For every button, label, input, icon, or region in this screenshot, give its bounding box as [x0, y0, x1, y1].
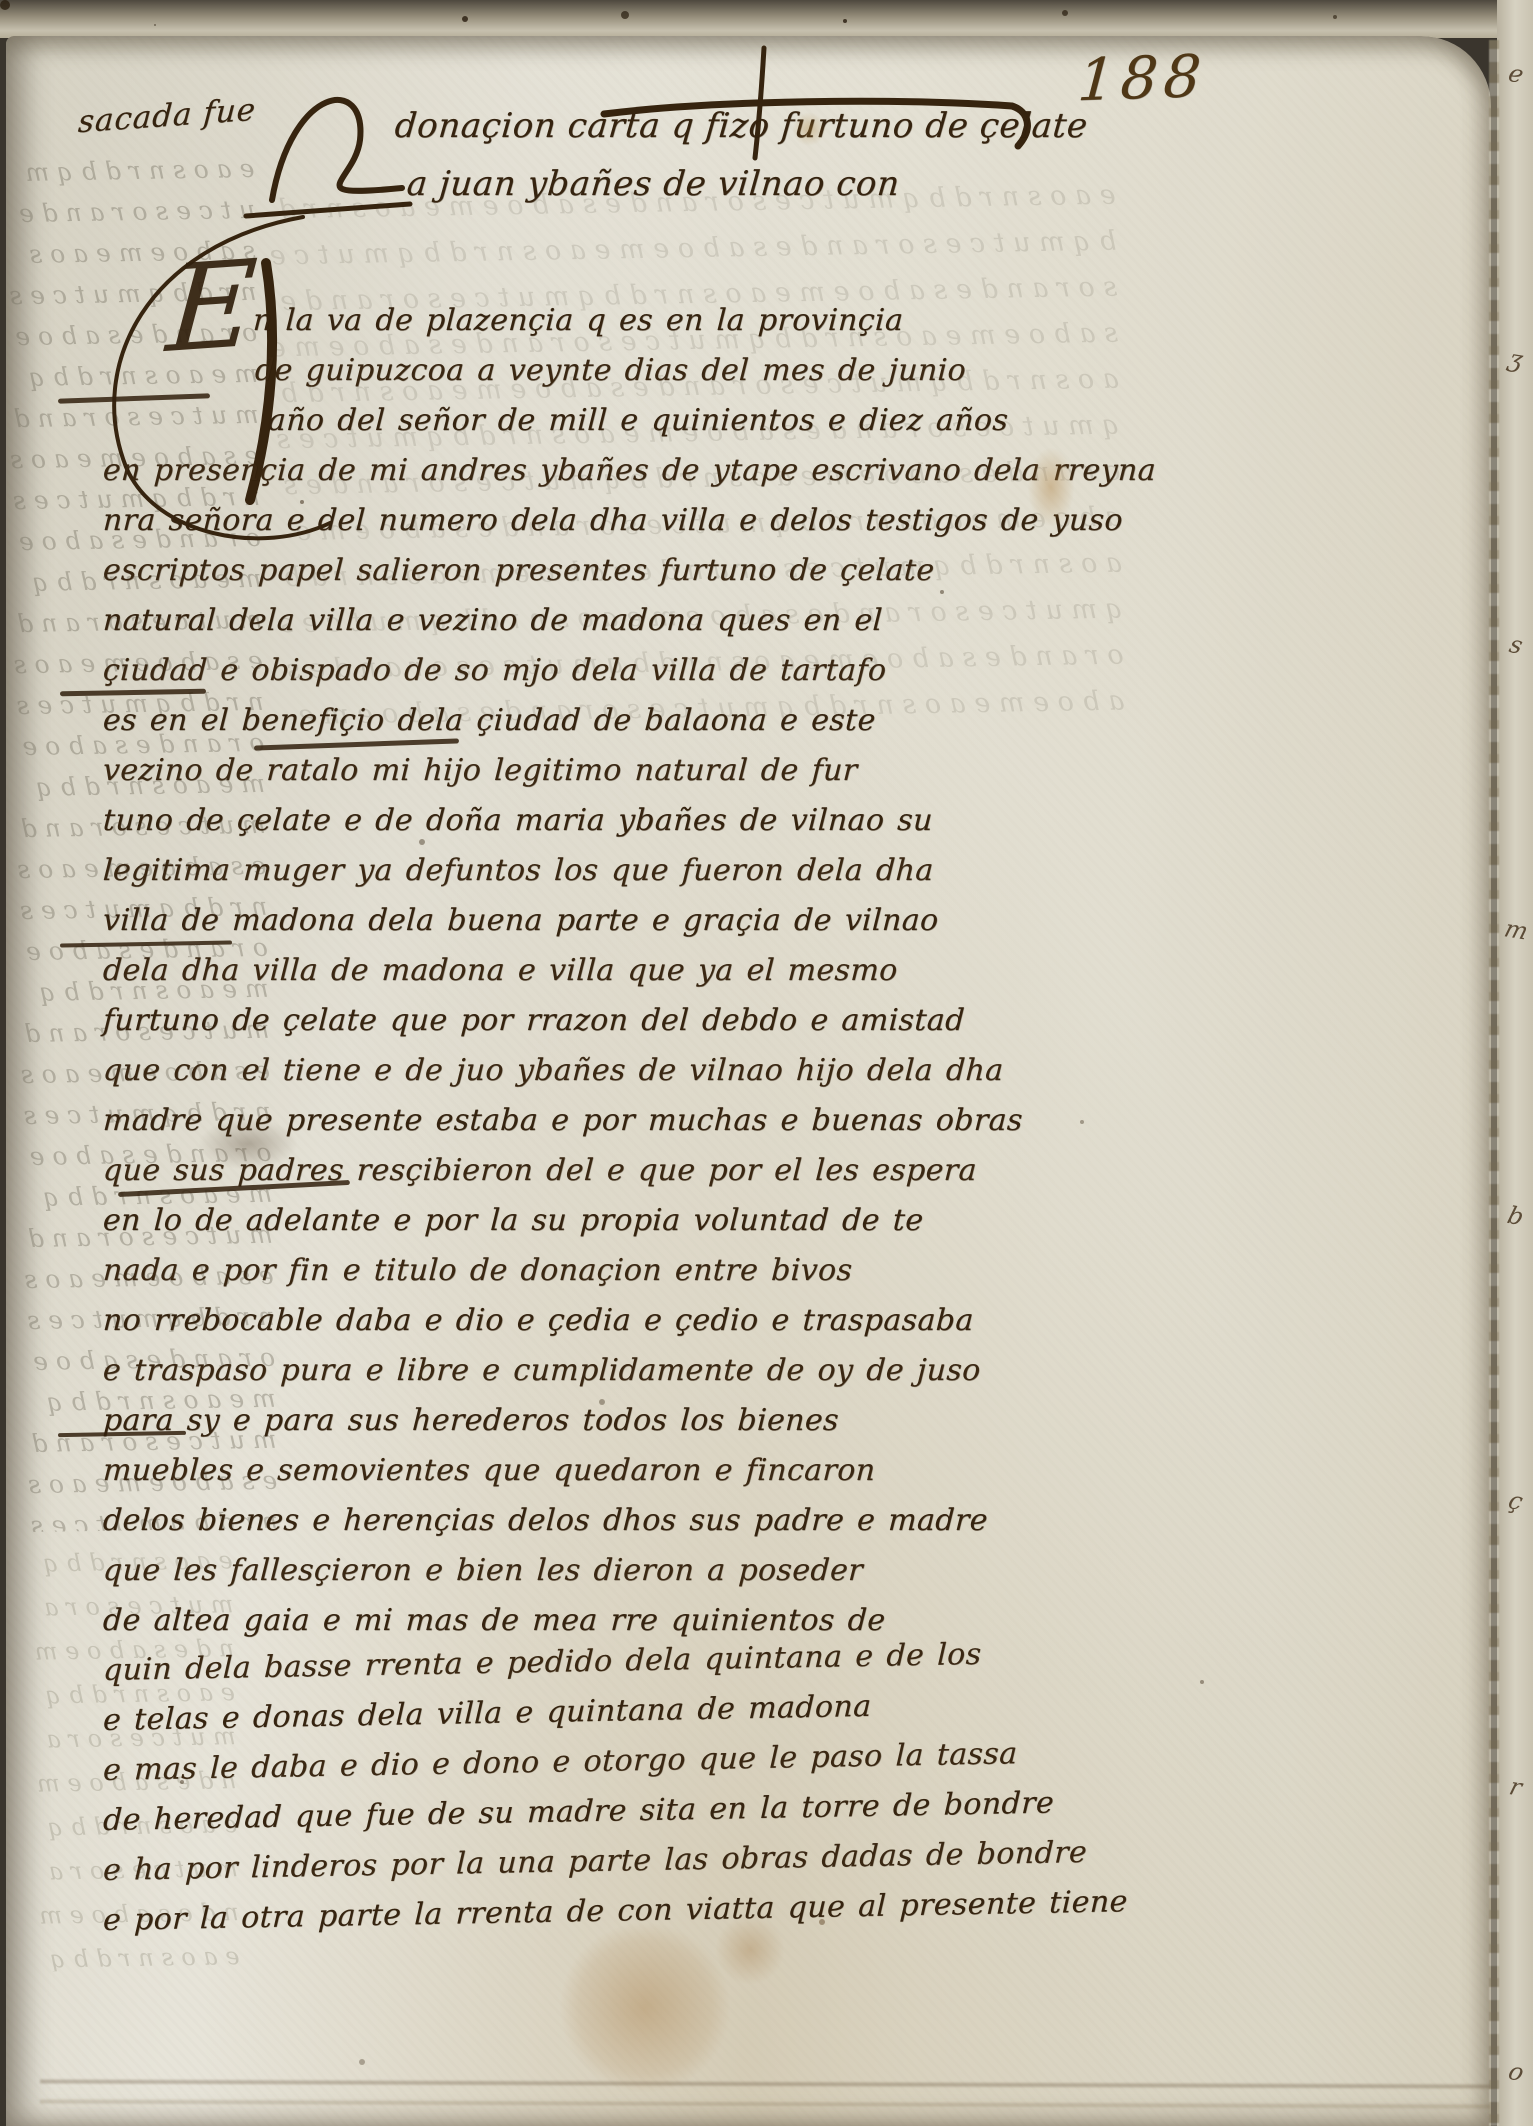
- manuscript-line: villa de madona dela buena parte e graçi…: [102, 896, 1135, 946]
- manuscript-line: nada e por fin e titulo de donaçion entr…: [102, 1246, 1135, 1296]
- manuscript-line: muebles e semovientes que quedaron e fin…: [102, 1446, 1135, 1496]
- ink-fragment-marks: [0, 0, 10, 10]
- manuscript-line: año del señor de mill e quinientos e die…: [267, 396, 1135, 446]
- underlying-page-top-edge: [0, 0, 1533, 38]
- adjacent-page-mark: ʒ: [1506, 345, 1527, 374]
- manuscript-line: para sy e para sus herederos todos los b…: [102, 1396, 1135, 1446]
- adjacent-page-mark: s: [1506, 630, 1525, 659]
- manuscript-line: no rrebocable daba e dio e çedia e çedio…: [102, 1296, 1135, 1346]
- adjacent-page-mark: m: [1501, 915, 1531, 946]
- manuscript-line: furtuno de çelate que por rrazon del deb…: [102, 996, 1135, 1046]
- manuscript-line: vezino de ratalo mi hijo legitimo natura…: [102, 746, 1135, 796]
- manuscript-line: e traspaso pura e libre e cumplidamente …: [102, 1346, 1135, 1396]
- adjacent-page-mark: r: [1507, 1772, 1526, 1801]
- manuscript-line: n la va de plazençia q es en la provinçi…: [252, 296, 1135, 346]
- manuscript-line: natural dela villa e vezino de madona qu…: [102, 596, 1135, 646]
- manuscript-line: de guipuzcoa a veynte dias del mes de ju…: [254, 346, 1135, 396]
- heading-line-1: donaçion carta q fizo furtuno de çelate: [393, 106, 1089, 146]
- body-lines: n la va de plazençia q es en la provinçi…: [103, 296, 1133, 1946]
- torn-page-edge: [1489, 40, 1499, 2126]
- manuscript-line: es en el benefiçio dela çiudad de balaon…: [102, 696, 1135, 746]
- manuscript-line: en presençia de mi andres ybañes de ytap…: [102, 446, 1135, 496]
- manuscript-line: çiudad e obispado de so mjo dela villa d…: [102, 646, 1135, 696]
- manuscript-line: delos bienes e herençias delos dhos sus …: [102, 1496, 1135, 1546]
- manuscript-line: legitima muger ya defuntos los que fuero…: [102, 846, 1135, 896]
- manuscript-line: que con el tiene e de juo ybañes de viln…: [102, 1046, 1135, 1096]
- manuscript-line: madre que presente estaba e por muchas e…: [102, 1096, 1135, 1146]
- adjacent-page-mark: ç: [1506, 1486, 1527, 1515]
- heading-line-2: a juan ybañes de vilnao con: [405, 164, 901, 204]
- paper-specks: [300, 500, 304, 504]
- manuscript-line: que les fallesçieron e bien les dieron a…: [102, 1546, 1135, 1596]
- manuscript-scan: { "document": { "folio_number": "188", "…: [0, 0, 1533, 2126]
- manuscript-line: nra señora e del numero dela dha villa e…: [102, 496, 1135, 546]
- adjacent-page-edge: eʒsmbçro: [1497, 0, 1533, 2126]
- adjacent-page-mark: e: [1505, 59, 1526, 88]
- manuscript-line: tuno de çelate e de doña maria ybañes de…: [102, 796, 1135, 846]
- manuscript-line: dela dha villa de madona e villa que ya …: [102, 946, 1135, 996]
- manuscript-line: en lo de adelante e por la su propia vol…: [102, 1196, 1135, 1246]
- adjacent-page-mark: o: [1505, 2057, 1527, 2086]
- folio-number: 188: [1076, 42, 1209, 115]
- manuscript-line: escriptos papel salieron presentes furtu…: [102, 546, 1135, 596]
- adjacent-page-mark: b: [1505, 1201, 1527, 1231]
- adjacent-page-marks: eʒsmbçro: [1501, 60, 1531, 2086]
